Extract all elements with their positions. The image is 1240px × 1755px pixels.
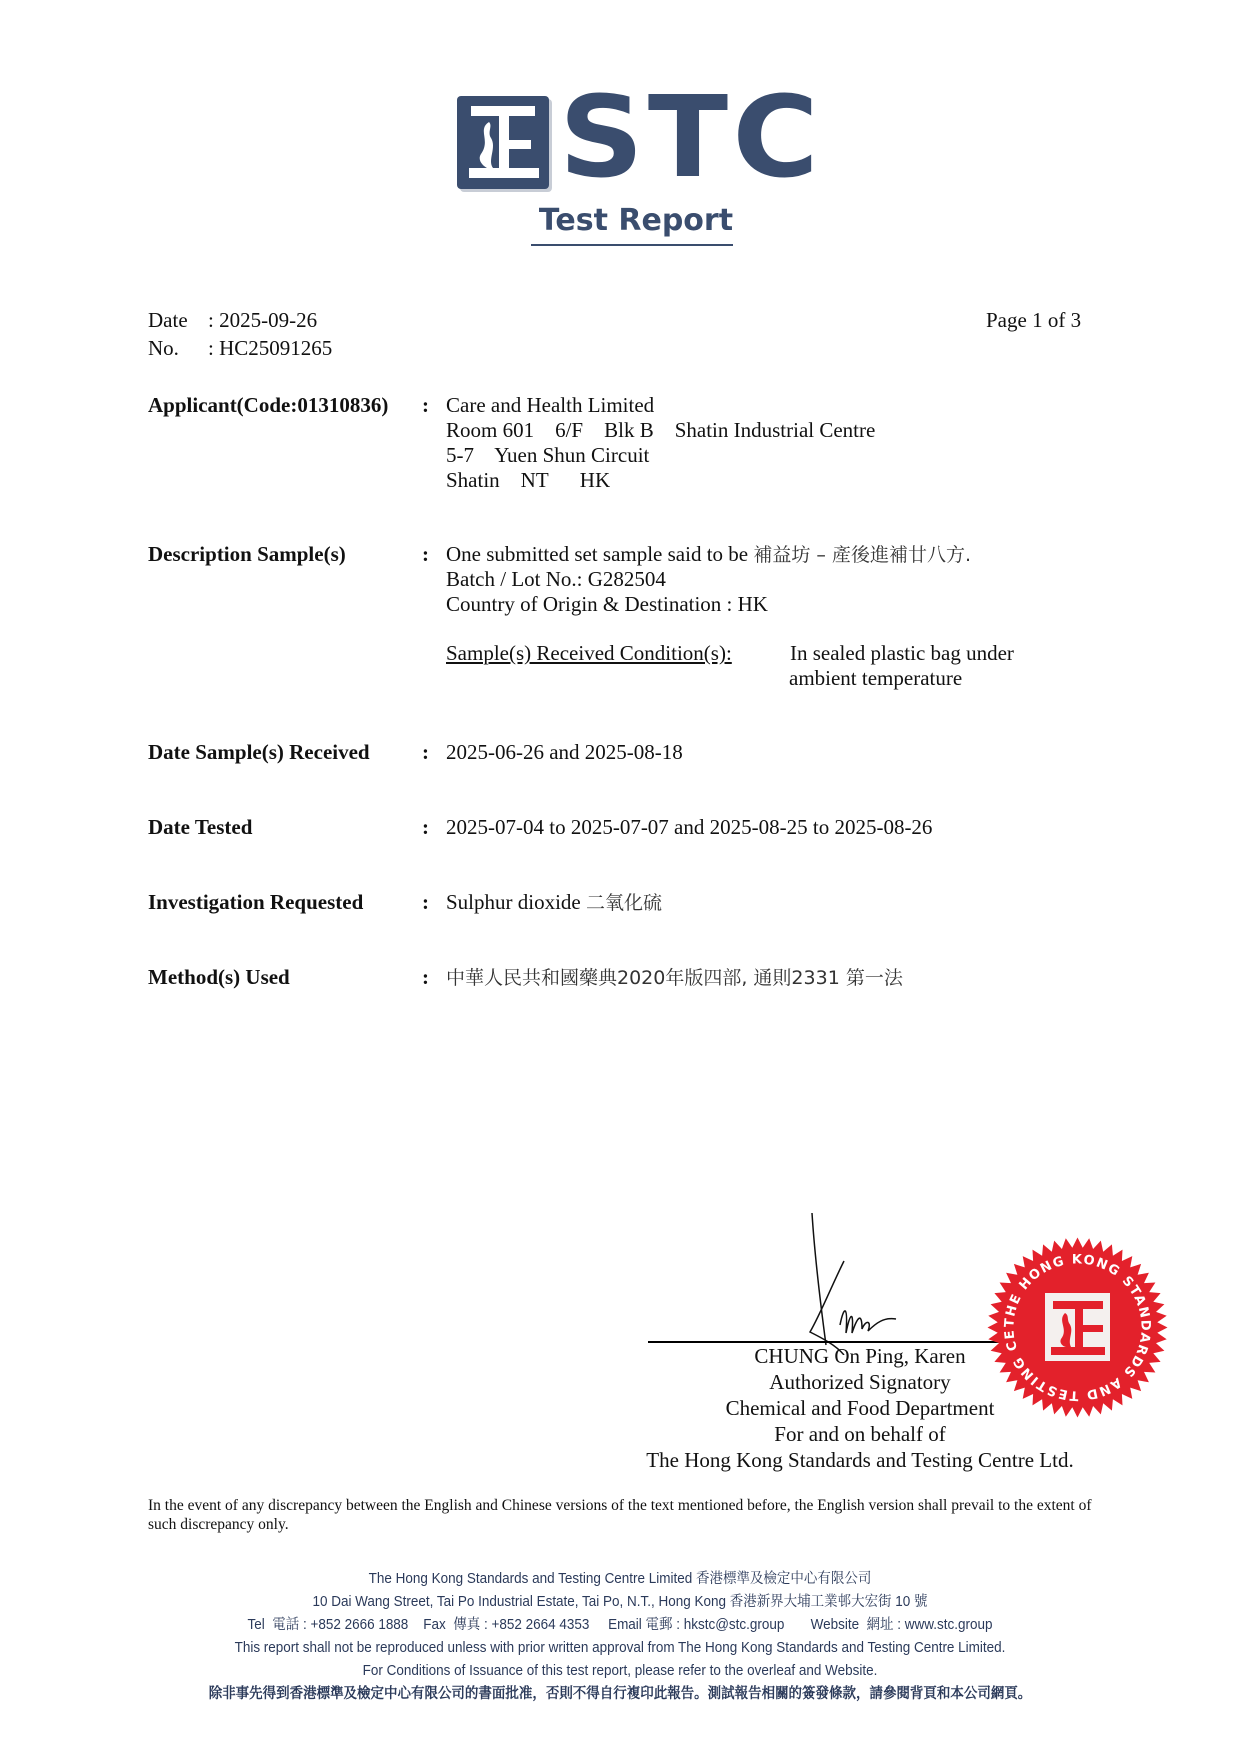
- country-origin: Country of Origin & Destination : HK: [446, 592, 768, 617]
- batch-lot-no: Batch / Lot No.: G282504: [446, 567, 666, 592]
- date-tested-label: Date Tested: [148, 815, 252, 840]
- applicant-address-3: Shatin NT HK: [446, 468, 610, 493]
- date-received-colon: :: [422, 740, 429, 765]
- signatory-department: Chemical and Food Department: [620, 1395, 1100, 1421]
- investigation-value-cjk: 二氧化硫: [586, 892, 662, 914]
- signatory-name: CHUNG On Ping, Karen: [620, 1343, 1100, 1369]
- date-received-label: Date Sample(s) Received: [148, 740, 370, 765]
- applicant-label: Applicant(Code:01310836): [148, 393, 388, 418]
- applicant-address-2: 5-7 Yuen Shun Circuit: [446, 443, 649, 468]
- description-label: Description Sample(s): [148, 542, 346, 567]
- report-subtitle: Test Report: [535, 206, 737, 236]
- description-colon: :: [422, 542, 429, 567]
- method-colon: :: [422, 965, 429, 990]
- logo-text: STC: [559, 82, 823, 194]
- footer-company: The Hong Kong Standards and Testing Cent…: [155, 1568, 1085, 1591]
- footer-conditions-notice: For Conditions of Issuance of this test …: [155, 1660, 1085, 1683]
- sample-description-cjk: 補益坊 – 產後進補廿八方.: [753, 544, 971, 566]
- signature-icon: [780, 1205, 920, 1355]
- footer-reproduction-notice: This report shall not be reproduced unle…: [155, 1637, 1085, 1660]
- language-disclaimer: In the event of any discrepancy between …: [148, 1496, 1098, 1534]
- date-tested-value: 2025-07-04 to 2025-07-07 and 2025-08-25 …: [446, 815, 932, 840]
- page-number: Page 1 of 3: [986, 308, 1081, 333]
- method-label: Method(s) Used: [148, 965, 290, 990]
- signatory-company: The Hong Kong Standards and Testing Cent…: [620, 1447, 1100, 1473]
- date-label: Date: [148, 308, 188, 333]
- date-tested-colon: :: [422, 815, 429, 840]
- footer-chinese-notice: 除非事先得到香港標準及檢定中心有限公司的書面批准，否則不得自行複印此報告。測試報…: [155, 1683, 1085, 1706]
- applicant-address-1: Room 601 6/F Blk B Shatin Industrial Cen…: [446, 418, 875, 443]
- signatory-title: Authorized Signatory: [620, 1369, 1100, 1395]
- date-value: : 2025-09-26: [208, 308, 317, 333]
- report-no-value: : HC25091265: [208, 336, 332, 361]
- condition-label: Sample(s) Received Condition(s):: [446, 641, 732, 666]
- investigation-value: Sulphur dioxide 二氧化硫: [446, 890, 662, 916]
- method-value: 中華人民共和國藥典2020年版四部, 通則2331 第一法: [446, 966, 903, 991]
- condition-line-2: ambient temperature: [789, 666, 962, 691]
- sample-description-en: One submitted set sample said to be: [446, 542, 748, 566]
- condition-line-1: In sealed plastic bag under: [790, 641, 1014, 666]
- date-received-value: 2025-06-26 and 2025-08-18: [446, 740, 683, 765]
- stc-emblem-icon: [457, 96, 549, 189]
- report-no-label: No.: [148, 336, 179, 361]
- stc-logo: STC Test Report: [455, 96, 825, 256]
- applicant-name: Care and Health Limited: [446, 393, 654, 418]
- footer-contact: Tel 電話 : +852 2666 1888 Fax 傳真 : +852 26…: [155, 1614, 1085, 1637]
- investigation-colon: :: [422, 890, 429, 915]
- signatory-behalf: For and on behalf of: [620, 1421, 1100, 1447]
- subtitle-underline: [531, 244, 733, 246]
- sample-description: One submitted set sample said to be 補益坊 …: [446, 542, 971, 568]
- investigation-label: Investigation Requested: [148, 890, 363, 915]
- investigation-value-en: Sulphur dioxide: [446, 890, 581, 914]
- footer-address: 10 Dai Wang Street, Tai Po Industrial Es…: [155, 1591, 1085, 1614]
- applicant-colon: :: [422, 393, 429, 418]
